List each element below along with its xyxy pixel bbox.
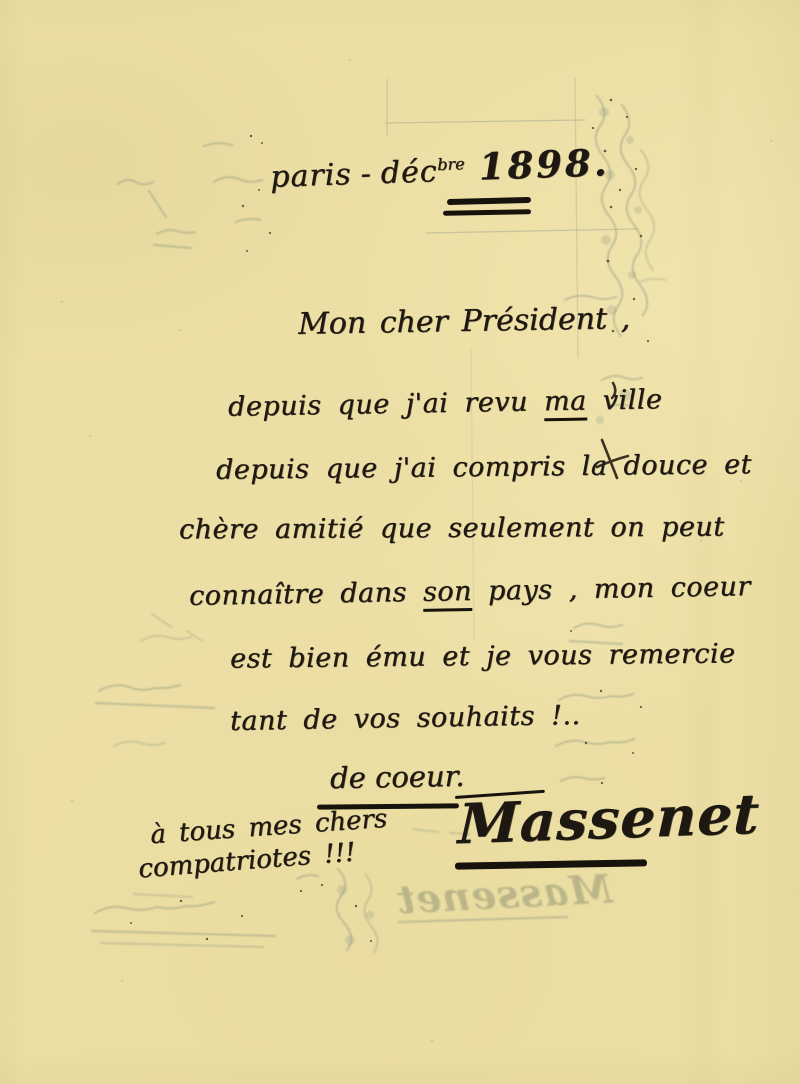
- closing: de coeur.: [330, 759, 465, 795]
- body-line-6: tant de vos souhaits !..: [230, 700, 581, 737]
- body-line-1-text-after: ville: [586, 384, 662, 416]
- signature: Massenet: [457, 781, 761, 857]
- body-line-2-text: depuis que j'ai compris la douce et: [216, 449, 752, 486]
- dateline-separator: -: [360, 156, 372, 191]
- body-line-3-text: chère amitié que seulement on peut: [179, 512, 725, 546]
- body-line-4-text: connaître dans: [189, 577, 423, 612]
- body-line-6-text: tant de vos souhaits !..: [230, 700, 581, 737]
- body-line-4-underlined-word: son: [423, 576, 473, 612]
- body-line-1-underlined-word: ma: [544, 386, 587, 422]
- body-line-5-text: est bien ému et je vous remercie: [230, 638, 736, 674]
- dateline-month-superscript: bre: [437, 154, 465, 174]
- dateline-year: 1898.: [478, 140, 610, 189]
- salutation: Mon cher Président ,: [298, 301, 631, 342]
- body-line-1-text: depuis que j'ai revu: [228, 386, 544, 423]
- dateline-place: paris: [270, 157, 353, 195]
- body-line-5: est bien ému et je vous remercie: [230, 638, 736, 674]
- body-line-3: chère amitié que seulement on peut: [179, 512, 725, 546]
- body-line-2: depuis que j'ai compris la douce et: [216, 449, 752, 486]
- scanned-letter-page: paris-décbre1898. Mon cher Président , d…: [0, 0, 800, 1084]
- body-line-4-text-after: pays , mon coeur: [472, 571, 751, 607]
- dateline-month: déc: [380, 154, 438, 191]
